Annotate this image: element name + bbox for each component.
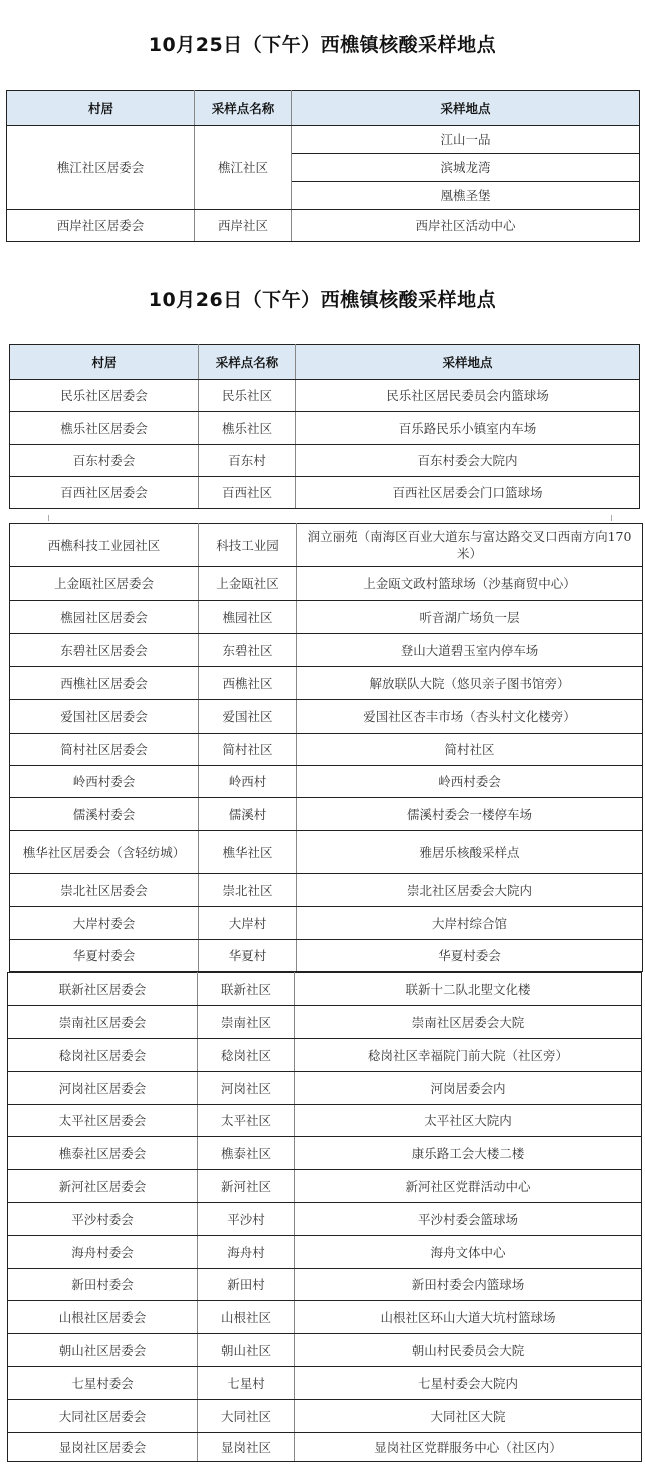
table-row: 樵乐社区居委会樵乐社区百乐路民乐小镇室内车场 bbox=[10, 412, 640, 445]
location-cell: 山根社区环山大道大坑村篮球场 bbox=[295, 1301, 642, 1334]
location-cell: 大同社区大院 bbox=[295, 1400, 642, 1433]
site-name-cell: 樵乐社区 bbox=[199, 412, 296, 445]
site-name-cell: 平沙村 bbox=[198, 1203, 295, 1236]
header-site-name: 采样点名称 bbox=[195, 91, 292, 126]
location-cell: 崇南社区居委会大院 bbox=[295, 1006, 642, 1039]
location-cell: 百乐路民乐小镇室内车场 bbox=[296, 412, 640, 445]
location-cell: 平沙村委会篮球场 bbox=[295, 1203, 642, 1236]
table-row: 百西社区居委会百西社区百西社区居委会门口篮球场 bbox=[10, 477, 640, 509]
site-name-cell: 西樵社区 bbox=[199, 667, 297, 700]
location-cell: 显岗社区党群服务中心（社区内） bbox=[295, 1433, 642, 1462]
location-cell: 润立丽苑（南海区百业大道东与富达路交叉口西南方向170米） bbox=[297, 524, 643, 567]
table-row: 山根社区居委会山根社区山根社区环山大道大坑村篮球场 bbox=[8, 1301, 642, 1334]
village-cell: 上金瓯社区居委会 bbox=[10, 567, 199, 601]
location-cell: 七星村委会大院内 bbox=[295, 1367, 642, 1400]
header-village: 村居 bbox=[10, 345, 199, 380]
site-name-cell: 新河社区 bbox=[198, 1170, 295, 1203]
village-cell: 简村社区居委会 bbox=[10, 734, 199, 766]
table-row: 平沙村委会平沙村平沙村委会篮球场 bbox=[8, 1203, 642, 1236]
village-cell: 河岗社区居委会 bbox=[8, 1072, 198, 1105]
location-cell: 简村社区 bbox=[297, 734, 643, 766]
table-row: 西樵社区居委会西樵社区解放联队大院（悠贝亲子图书馆旁） bbox=[10, 667, 643, 700]
site-name-cell: 显岗社区 bbox=[198, 1433, 295, 1462]
village-cell: 儒溪村委会 bbox=[10, 798, 199, 831]
location-cell: 稔岗社区幸福院门前大院（社区旁） bbox=[295, 1039, 642, 1072]
table-row: 岭西村委会岭西村岭西村委会 bbox=[10, 766, 643, 798]
location-cell: 朝山村民委员会大院 bbox=[295, 1334, 642, 1367]
village-cell: 樵乐社区居委会 bbox=[10, 412, 199, 445]
location-cell: 岭西村委会 bbox=[297, 766, 643, 798]
location-cell: 百东村委会大院内 bbox=[296, 445, 640, 477]
site-name-cell: 联新社区 bbox=[198, 973, 295, 1006]
location-cell: 爱国社区杏丰市场（杏头村文化楼旁） bbox=[297, 700, 643, 734]
village-cell: 新河社区居委会 bbox=[8, 1170, 198, 1203]
village-cell: 朝山社区居委会 bbox=[8, 1334, 198, 1367]
table-row: 樵江社区居委会 樵江社区 江山一品 bbox=[7, 126, 640, 154]
table-row: 西樵科技工业园社区科技工业园润立丽苑（南海区百业大道东与富达路交叉口西南方向17… bbox=[10, 524, 643, 567]
table-row: 朝山社区居委会朝山社区朝山村民委员会大院 bbox=[8, 1334, 642, 1367]
site-name-cell: 朝山社区 bbox=[198, 1334, 295, 1367]
location-cell: 太平社区大院内 bbox=[295, 1105, 642, 1137]
location-cell: 大岸村综合馆 bbox=[297, 907, 643, 940]
header-village: 村居 bbox=[7, 91, 195, 126]
village-cell: 七星村委会 bbox=[8, 1367, 198, 1400]
village-cell: 百西社区居委会 bbox=[10, 477, 199, 509]
location-cell: 江山一品 bbox=[292, 126, 640, 154]
village-cell: 平沙村委会 bbox=[8, 1203, 198, 1236]
village-cell: 樵园社区居委会 bbox=[10, 601, 199, 634]
table-row: 华夏村委会华夏村华夏村委会 bbox=[10, 940, 643, 972]
site-name-cell: 海舟村 bbox=[198, 1236, 295, 1269]
page-break-marker bbox=[48, 515, 49, 521]
location-cell: 雅居乐核酸采样点 bbox=[297, 831, 643, 874]
site-name-cell: 樵泰社区 bbox=[198, 1137, 295, 1170]
site-name-cell: 大岸村 bbox=[199, 907, 297, 940]
location-cell: 西岸社区活动中心 bbox=[292, 210, 640, 242]
location-cell: 华夏村委会 bbox=[297, 940, 643, 972]
site-name-cell: 东碧社区 bbox=[199, 634, 297, 667]
header-site-name: 采样点名称 bbox=[199, 345, 296, 380]
table-row: 东碧社区居委会东碧社区登山大道碧玉室内停车场 bbox=[10, 634, 643, 667]
village-cell: 新田村委会 bbox=[8, 1269, 198, 1301]
table-row: 西岸社区居委会 西岸社区 西岸社区活动中心 bbox=[7, 210, 640, 242]
site-name-cell: 简村社区 bbox=[199, 734, 297, 766]
village-cell: 海舟村委会 bbox=[8, 1236, 198, 1269]
table-row: 上金瓯社区居委会上金瓯社区上金瓯文政村篮球场（沙基商贸中心） bbox=[10, 567, 643, 601]
header-location: 采样地点 bbox=[296, 345, 640, 380]
table-row: 大岸村委会大岸村大岸村综合馆 bbox=[10, 907, 643, 940]
sampling-table-oct26-part3: 联新社区居委会联新社区联新十二队北堲文化楼崇南社区居委会崇南社区崇南社区居委会大… bbox=[7, 972, 642, 1462]
site-name-cell: 崇北社区 bbox=[199, 874, 297, 907]
village-cell: 爱国社区居委会 bbox=[10, 700, 199, 734]
village-cell: 太平社区居委会 bbox=[8, 1105, 198, 1137]
location-cell: 新田村委会内篮球场 bbox=[295, 1269, 642, 1301]
location-cell: 凰樵圣堡 bbox=[292, 182, 640, 210]
location-cell: 上金瓯文政村篮球场（沙基商贸中心） bbox=[297, 567, 643, 601]
table-row: 民乐社区居委会民乐社区民乐社区居民委员会内篮球场 bbox=[10, 380, 640, 412]
village-cell: 樵华社区居委会（含轻纺城） bbox=[10, 831, 199, 874]
village-cell: 民乐社区居委会 bbox=[10, 380, 199, 412]
table-row: 爱国社区居委会爱国社区爱国社区杏丰市场（杏头村文化楼旁） bbox=[10, 700, 643, 734]
village-cell: 联新社区居委会 bbox=[8, 973, 198, 1006]
section1-title: 10月25日（下午）西樵镇核酸采样地点 bbox=[0, 30, 645, 57]
site-name-cell: 河岗社区 bbox=[198, 1072, 295, 1105]
site-name-cell: 樵园社区 bbox=[199, 601, 297, 634]
village-cell: 崇北社区居委会 bbox=[10, 874, 199, 907]
sampling-table-oct25: 村居 采样点名称 采样地点 樵江社区居委会 樵江社区 江山一品 滨城龙湾 凰樵圣… bbox=[6, 90, 640, 242]
village-cell: 大同社区居委会 bbox=[8, 1400, 198, 1433]
site-name-cell: 大同社区 bbox=[198, 1400, 295, 1433]
table-row: 新河社区居委会新河社区新河社区党群活动中心 bbox=[8, 1170, 642, 1203]
location-cell: 新河社区党群活动中心 bbox=[295, 1170, 642, 1203]
village-cell: 西樵科技工业园社区 bbox=[10, 524, 199, 567]
village-cell: 西岸社区居委会 bbox=[7, 210, 195, 242]
table-row: 儒溪村委会儒溪村儒溪村委会一楼停车场 bbox=[10, 798, 643, 831]
village-cell: 山根社区居委会 bbox=[8, 1301, 198, 1334]
sampling-table-oct26-part1: 村居 采样点名称 采样地点 民乐社区居委会民乐社区民乐社区居民委员会内篮球场樵乐… bbox=[9, 344, 640, 509]
table-row: 太平社区居委会太平社区太平社区大院内 bbox=[8, 1105, 642, 1137]
site-name-cell: 稔岗社区 bbox=[198, 1039, 295, 1072]
village-cell: 西樵社区居委会 bbox=[10, 667, 199, 700]
table-row: 樵园社区居委会樵园社区听音湖广场负一层 bbox=[10, 601, 643, 634]
site-name-cell: 百西社区 bbox=[199, 477, 296, 509]
location-cell: 百西社区居委会门口篮球场 bbox=[296, 477, 640, 509]
village-cell: 崇南社区居委会 bbox=[8, 1006, 198, 1039]
location-cell: 崇北社区居委会大院内 bbox=[297, 874, 643, 907]
site-name-cell: 岭西村 bbox=[199, 766, 297, 798]
table-row: 樵华社区居委会（含轻纺城）樵华社区雅居乐核酸采样点 bbox=[10, 831, 643, 874]
site-name-cell: 华夏村 bbox=[199, 940, 297, 972]
village-cell: 樵泰社区居委会 bbox=[8, 1137, 198, 1170]
site-name-cell: 山根社区 bbox=[198, 1301, 295, 1334]
location-cell: 儒溪村委会一楼停车场 bbox=[297, 798, 643, 831]
location-cell: 滨城龙湾 bbox=[292, 154, 640, 182]
section2-title: 10月26日（下午）西樵镇核酸采样地点 bbox=[0, 285, 645, 312]
location-cell: 登山大道碧玉室内停车场 bbox=[297, 634, 643, 667]
site-name-cell: 民乐社区 bbox=[199, 380, 296, 412]
village-cell: 岭西村委会 bbox=[10, 766, 199, 798]
site-name-cell: 崇南社区 bbox=[198, 1006, 295, 1039]
village-cell: 大岸村委会 bbox=[10, 907, 199, 940]
sampling-table-oct26-part2: 西樵科技工业园社区科技工业园润立丽苑（南海区百业大道东与富达路交叉口西南方向17… bbox=[9, 523, 643, 972]
table-row: 崇南社区居委会崇南社区崇南社区居委会大院 bbox=[8, 1006, 642, 1039]
table-row: 大同社区居委会大同社区大同社区大院 bbox=[8, 1400, 642, 1433]
village-cell: 华夏村委会 bbox=[10, 940, 199, 972]
village-cell: 百东村委会 bbox=[10, 445, 199, 477]
table-row: 樵泰社区居委会樵泰社区康乐路工会大楼二楼 bbox=[8, 1137, 642, 1170]
site-name-cell: 樵江社区 bbox=[195, 126, 292, 210]
site-name-cell: 儒溪村 bbox=[199, 798, 297, 831]
site-name-cell: 上金瓯社区 bbox=[199, 567, 297, 601]
page-break-marker bbox=[611, 515, 612, 521]
table-row: 新田村委会新田村新田村委会内篮球场 bbox=[8, 1269, 642, 1301]
table-row: 海舟村委会海舟村海舟文体中心 bbox=[8, 1236, 642, 1269]
location-cell: 解放联队大院（悠贝亲子图书馆旁） bbox=[297, 667, 643, 700]
table-row: 七星村委会七星村七星村委会大院内 bbox=[8, 1367, 642, 1400]
site-name-cell: 百东村 bbox=[199, 445, 296, 477]
site-name-cell: 爱国社区 bbox=[199, 700, 297, 734]
site-name-cell: 西岸社区 bbox=[195, 210, 292, 242]
site-name-cell: 新田村 bbox=[198, 1269, 295, 1301]
location-cell: 河岗居委会内 bbox=[295, 1072, 642, 1105]
table-row: 百东村委会百东村百东村委会大院内 bbox=[10, 445, 640, 477]
village-cell: 显岗社区居委会 bbox=[8, 1433, 198, 1462]
header-location: 采样地点 bbox=[292, 91, 640, 126]
location-cell: 康乐路工会大楼二楼 bbox=[295, 1137, 642, 1170]
site-name-cell: 太平社区 bbox=[198, 1105, 295, 1137]
location-cell: 听音湖广场负一层 bbox=[297, 601, 643, 634]
site-name-cell: 科技工业园 bbox=[199, 524, 297, 567]
location-cell: 海舟文体中心 bbox=[295, 1236, 642, 1269]
table-row: 崇北社区居委会崇北社区崇北社区居委会大院内 bbox=[10, 874, 643, 907]
site-name-cell: 樵华社区 bbox=[199, 831, 297, 874]
table-row: 联新社区居委会联新社区联新十二队北堲文化楼 bbox=[8, 973, 642, 1006]
table-row: 河岗社区居委会河岗社区河岗居委会内 bbox=[8, 1072, 642, 1105]
table-row: 稔岗社区居委会稔岗社区稔岗社区幸福院门前大院（社区旁） bbox=[8, 1039, 642, 1072]
table-row: 简村社区居委会简村社区简村社区 bbox=[10, 734, 643, 766]
table-row: 显岗社区居委会显岗社区显岗社区党群服务中心（社区内） bbox=[8, 1433, 642, 1462]
site-name-cell: 七星村 bbox=[198, 1367, 295, 1400]
village-cell: 樵江社区居委会 bbox=[7, 126, 195, 210]
location-cell: 民乐社区居民委员会内篮球场 bbox=[296, 380, 640, 412]
location-cell: 联新十二队北堲文化楼 bbox=[295, 973, 642, 1006]
village-cell: 东碧社区居委会 bbox=[10, 634, 199, 667]
village-cell: 稔岗社区居委会 bbox=[8, 1039, 198, 1072]
